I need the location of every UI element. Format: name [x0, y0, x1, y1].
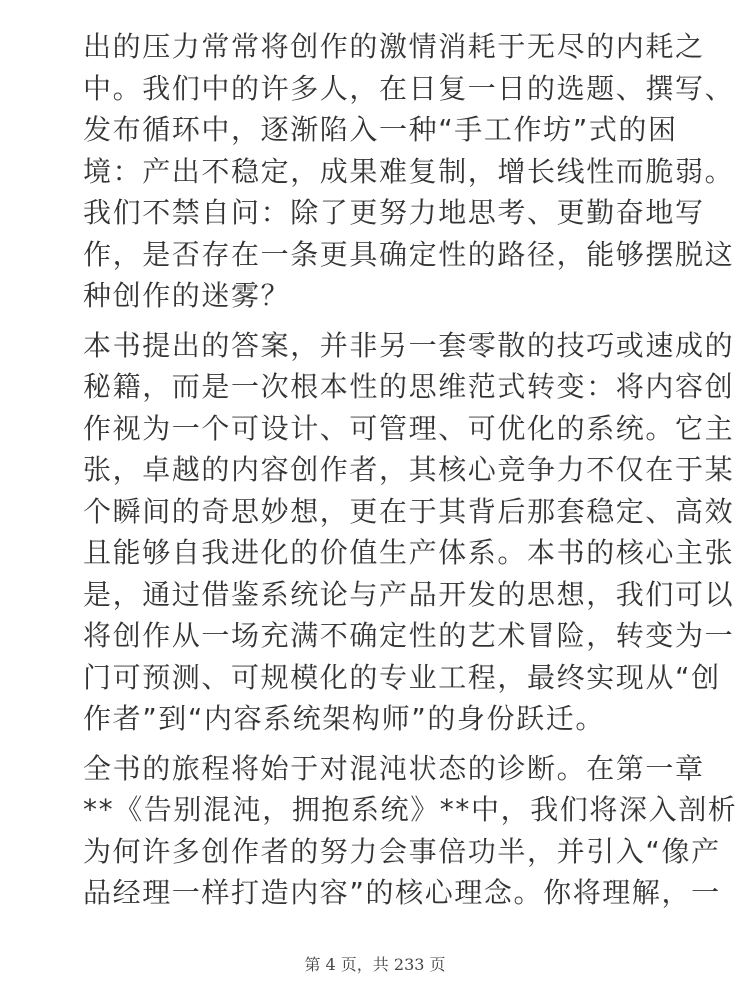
text-line: 是，通过借鉴系统论与产品开发的思想，我们可以: [83, 574, 683, 616]
text-line: 发布循环中，逐渐陷入一种“手工作坊”式的困: [83, 109, 683, 151]
paragraph-3: 全书的旅程将始于对混沌状态的诊断。在第一章 **《告别混沌，拥抱系统》**中，我…: [83, 748, 683, 914]
text-line: 作，是否存在一条更具确定性的路径，能够摆脱这: [83, 234, 683, 276]
text-line: 本书提出的答案，并非另一套零散的技巧或速成的: [83, 325, 683, 367]
text-line: 中。我们中的许多人，在日复一日的选题、撰写、: [83, 68, 683, 110]
document-body: 出的压力常常将创作的激情消耗于无尽的内耗之 中。我们中的许多人，在日复一日的选题…: [83, 26, 683, 922]
text-line: 为何许多创作者的努力会事倍功半，并引入“像产: [83, 831, 683, 873]
text-line: 作者”到“内容系统架构师”的身份跃迁。: [83, 698, 683, 740]
text-line: 将创作从一场充满不确定性的艺术冒险，转变为一: [83, 615, 683, 657]
text-line: 种创作的迷雾？: [83, 275, 683, 317]
text-line: 作视为一个可设计、可管理、可优化的系统。它主: [83, 408, 683, 450]
text-line: 个瞬间的奇思妙想，更在于其背后那套稳定、高效: [83, 491, 683, 533]
paragraph-2: 本书提出的答案，并非另一套零散的技巧或速成的 秘籍，而是一次根本性的思维范式转变…: [83, 325, 683, 740]
text-line: 全书的旅程将始于对混沌状态的诊断。在第一章: [83, 748, 683, 790]
text-line: 品经理一样打造内容”的核心理念。你将理解，一: [83, 872, 683, 914]
paragraph-1: 出的压力常常将创作的激情消耗于无尽的内耗之 中。我们中的许多人，在日复一日的选题…: [83, 26, 683, 317]
text-line: 且能够自我进化的价值生产体系。本书的核心主张: [83, 532, 683, 574]
document-page: 出的压力常常将创作的激情消耗于无尽的内耗之 中。我们中的许多人，在日复一日的选题…: [0, 0, 750, 1000]
text-line: 出的压力常常将创作的激情消耗于无尽的内耗之: [83, 26, 683, 68]
page-number-indicator: 第 4 页，共 233 页: [0, 952, 750, 975]
text-line: 我们不禁自问：除了更努力地思考、更勤奋地写: [83, 192, 683, 234]
text-line: 门可预测、可规模化的专业工程，最终实现从“创: [83, 657, 683, 699]
text-line: 秘籍，而是一次根本性的思维范式转变：将内容创: [83, 366, 683, 408]
text-line: 张，卓越的内容创作者，其核心竞争力不仅在于某: [83, 449, 683, 491]
text-line: **《告别混沌，拥抱系统》**中，我们将深入剖析: [83, 789, 683, 831]
text-line: 境：产出不稳定，成果难复制，增长线性而脆弱。: [83, 151, 683, 193]
